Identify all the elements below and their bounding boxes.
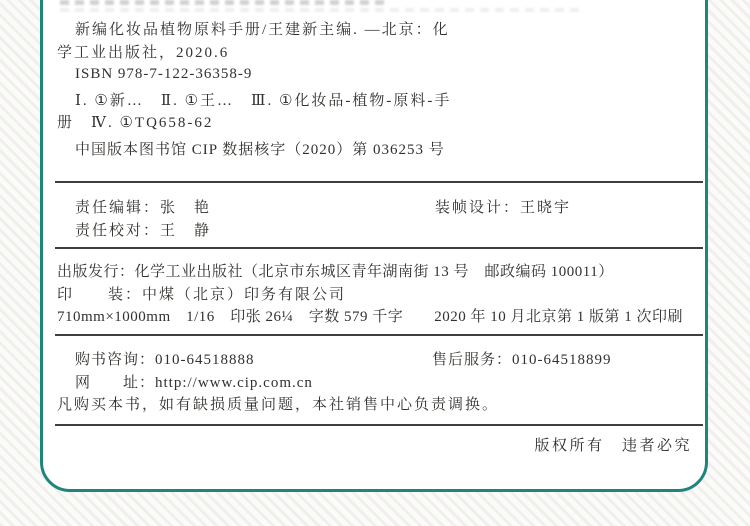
cip-classification-line-2: 册 Ⅳ. ①TQ658-62: [57, 114, 213, 132]
scanned-copyright-page: 新编化妆品植物原料手册/王建新主编. —北京：化 学工业出版社，2020.6 I…: [0, 0, 750, 526]
cropped-text-remnant-top: [60, 0, 390, 5]
isbn-line: ISBN 978-7-122-36358-9: [75, 65, 252, 83]
printer-line: 印 装：中煤（北京）印务有限公司: [57, 286, 346, 304]
responsible-editor: 责任编辑：张 艳: [75, 199, 211, 217]
binding-designer: 装帧设计：王晓宇: [435, 199, 571, 217]
responsible-proofreader: 责任校对：王 静: [75, 222, 211, 240]
cip-title-line-2: 学工业出版社，2020.6: [57, 44, 229, 62]
divider-line-1: [55, 181, 703, 183]
publisher-line: 出版发行：化学工业出版社（北京市东城区青年湖南街 13 号 邮政编码 10001…: [57, 263, 614, 281]
website-line: 网 址：http://www.cip.com.cn: [75, 374, 313, 392]
cip-classification-line-1: Ⅰ. ①新… Ⅱ. ①王… Ⅲ. ①化妆品-植物-原料-手: [75, 92, 451, 110]
purchase-hotline: 购书咨询：010-64518888: [75, 351, 255, 369]
cip-title-line-1: 新编化妆品植物原料手册/王建新主编. —北京：化: [75, 21, 450, 39]
divider-line-2: [55, 247, 703, 249]
cropped-text-remnant-faint: [60, 8, 580, 12]
after-sales-hotline: 售后服务：010-64518899: [432, 351, 612, 369]
cip-registry-line: 中国版本图书馆 CIP 数据核字（2020）第 036253 号: [75, 141, 445, 159]
exchange-notice: 凡购买本书，如有缺损质量问题，本社销售中心负责调换。: [57, 396, 499, 414]
copyright-notice: 版权所有 违者必究: [534, 437, 692, 455]
divider-line-3: [55, 334, 703, 336]
format-impression-line: 710mm×1000mm 1/16 印张 26¼ 字数 579 千字 2020 …: [57, 308, 683, 326]
divider-line-4: [55, 424, 703, 426]
